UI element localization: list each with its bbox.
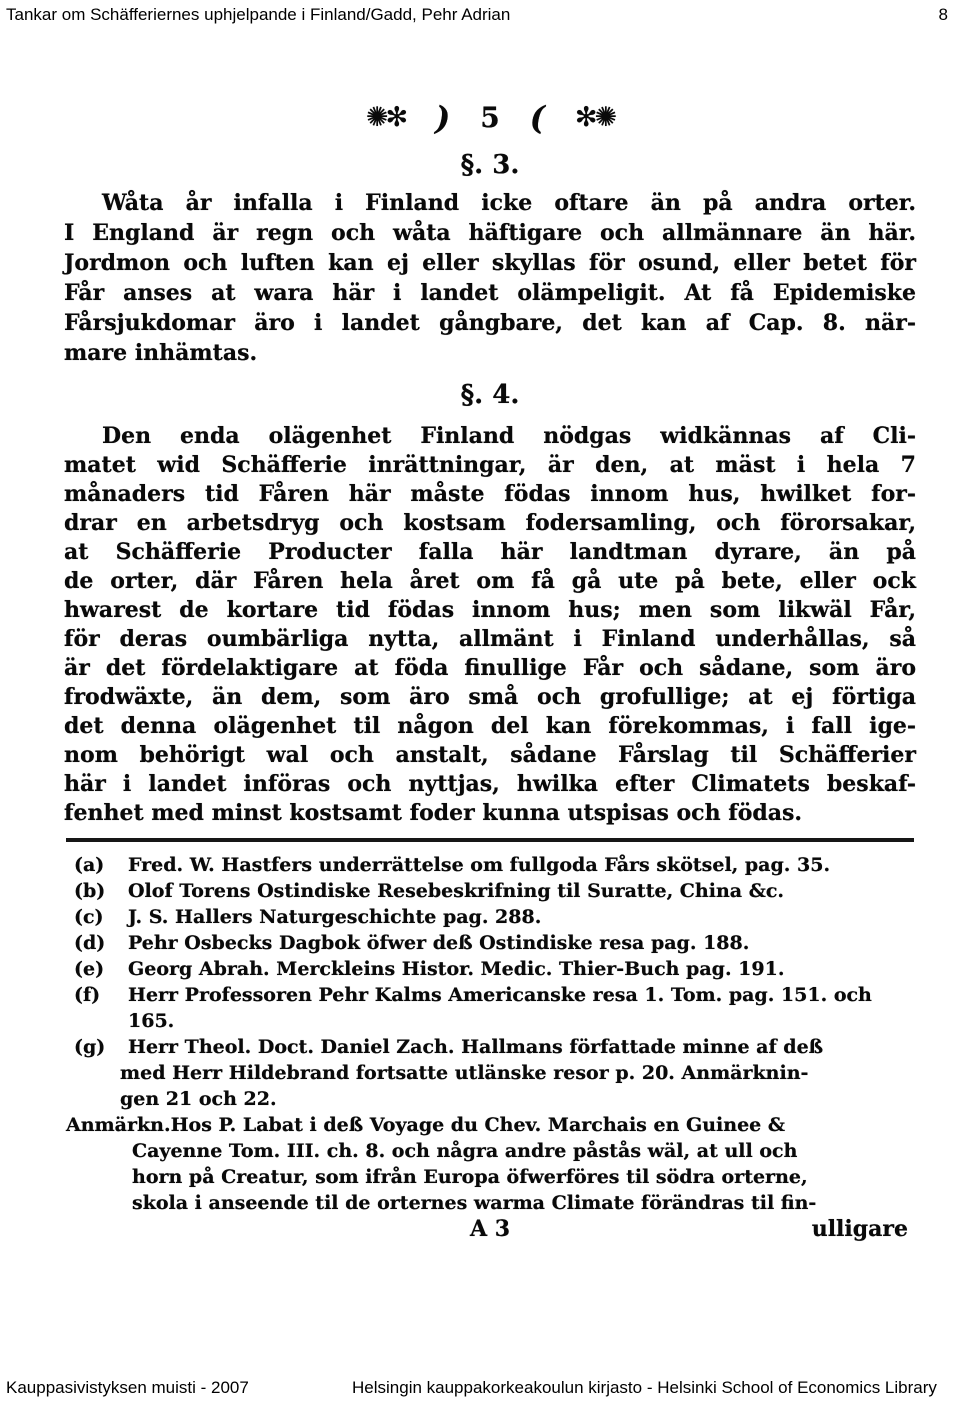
text-line: för deras oumbärliga nytta, allmänt i Fi…	[64, 625, 916, 654]
text-line: fenhet med minst kostsamt foder kunna ut…	[64, 799, 916, 828]
running-head-open-paren: )	[435, 98, 450, 138]
remark-continuation: horn på Creatur, som ifrån Europa öfwerf…	[64, 1164, 916, 1190]
viewer-footer: Kauppasivistyksen muisti - 2007 Helsingi…	[0, 1378, 960, 1404]
section-3-paragraph: Wåta år infalla i Finland icke oftare än…	[64, 188, 916, 368]
printer-ornament-icon: ✻✺	[575, 98, 614, 138]
text-line: frodwäxte, än dem, som äro små och grofu…	[64, 683, 916, 712]
footnote-text: Herr Theol. Doct. Daniel Zach. Hallmans …	[128, 1034, 916, 1060]
footnote-text: Herr Professoren Pehr Kalms Americanske …	[128, 982, 916, 1034]
footnote-text: Olof Torens Ostindiske Resebeskrifning t…	[128, 878, 916, 904]
text-line: är det fördelaktigare at föda finullige …	[64, 654, 916, 683]
text-line: månaders tid Fåren här måste födas innom…	[64, 480, 916, 509]
text-line: Jordmon och luften kan ej eller skyllas …	[64, 248, 916, 278]
footnote-divider	[66, 838, 914, 842]
scanned-page: ✺✻ ) 5 ( ✻✺ §. 3. Wåta år infalla i Finl…	[64, 98, 916, 1242]
footnote-label: (b)	[64, 878, 128, 904]
document-viewer-page: Tankar om Schäfferiernes uphjelpande i F…	[0, 0, 960, 1413]
footer-collection-name: Kauppasivistyksen muisti - 2007	[6, 1378, 249, 1398]
section-3-heading: §. 3.	[64, 150, 916, 180]
viewer-page-number: 8	[939, 4, 948, 26]
text-line: nom behörigt wal och anstalt, sådane Får…	[64, 741, 916, 770]
signature-mark: A 3	[470, 1216, 510, 1242]
catchword: ulligare	[812, 1216, 908, 1242]
footnote-text: Pehr Osbecks Dagbok öfwer deß Ostindiske…	[128, 930, 916, 956]
text-line: I England är regn och wåta häftigare och…	[64, 218, 916, 248]
text-line: de orter, där Fåren hela året om få gå u…	[64, 567, 916, 596]
text-line: Den enda olägenhet Finland nödgas widkän…	[64, 422, 916, 451]
footnote-c: (c) J. S. Hallers Naturgeschichte pag. 2…	[64, 904, 916, 930]
footnote-g-continuation: med Herr Hildebrand fortsatte utlänske r…	[64, 1060, 916, 1086]
text-line: här i landet införas och nyttjas, hwilka…	[64, 770, 916, 799]
footnote-label: (e)	[64, 956, 128, 982]
book-page-number: 5	[480, 98, 499, 138]
text-line: mare inhämtas.	[64, 338, 916, 368]
running-head: ✺✻ ) 5 ( ✻✺	[64, 98, 916, 138]
footer-library-name: Helsingin kauppakorkeakoulun kirjasto - …	[352, 1378, 937, 1398]
footnote-label: (g)	[64, 1034, 128, 1060]
text-line: at Schäfferie Producter falla här landtm…	[64, 538, 916, 567]
remark-continuation: Cayenne Tom. III. ch. 8. och några andre…	[64, 1138, 916, 1164]
text-line: drar en arbetsdryg och kostsam fodersaml…	[64, 509, 916, 538]
signature-row: A 3 ulligare	[64, 1216, 916, 1242]
footnote-a: (a) Fred. W. Hastfers underrättelse om f…	[64, 852, 916, 878]
footnote-g-continuation: gen 21 och 22.	[64, 1086, 916, 1112]
text-line: Får anses at wara här i landet olämpelig…	[64, 278, 916, 308]
footnote-text: Fred. W. Hastfers underrättelse om fullg…	[128, 852, 916, 878]
footnote-text: Georg Abrah. Merckleins Histor. Medic. T…	[128, 956, 916, 982]
text-line: Wåta år infalla i Finland icke oftare än…	[64, 188, 916, 218]
footnote-label: (f)	[64, 982, 128, 1034]
footnotes: (a) Fred. W. Hastfers underrättelse om f…	[64, 852, 916, 1216]
footnote-g: (g) Herr Theol. Doct. Daniel Zach. Hallm…	[64, 1034, 916, 1060]
viewer-header: Tankar om Schäfferiernes uphjelpande i F…	[6, 4, 948, 26]
remark-note: Anmärkn. Hos P. Labat i deß Voyage du Ch…	[64, 1112, 916, 1138]
footnote-label: (a)	[64, 852, 128, 878]
footnote-label: (c)	[64, 904, 128, 930]
footnote-text: J. S. Hallers Naturgeschichte pag. 288.	[128, 904, 916, 930]
text-line: hwarest de kortare tid födas innom hus; …	[64, 596, 916, 625]
document-title: Tankar om Schäfferiernes uphjelpande i F…	[6, 4, 510, 26]
footnote-e: (e) Georg Abrah. Merckleins Histor. Medi…	[64, 956, 916, 982]
text-line: matet wid Schäfferie inrättningar, är de…	[64, 451, 916, 480]
text-line: Fårsjukdomar äro i landet gångbare, det …	[64, 308, 916, 338]
section-4-paragraph: Den enda olägenhet Finland nödgas widkän…	[64, 422, 916, 828]
text-line: det denna olägenhet til någon del kan fö…	[64, 712, 916, 741]
remark-label: Anmärkn.	[64, 1112, 171, 1138]
footnote-b: (b) Olof Torens Ostindiske Resebeskrifni…	[64, 878, 916, 904]
footnote-label: (d)	[64, 930, 128, 956]
running-head-close-paren: (	[530, 98, 545, 138]
footnote-d: (d) Pehr Osbecks Dagbok öfwer deß Ostind…	[64, 930, 916, 956]
remark-text: Hos P. Labat i deß Voyage du Chev. March…	[171, 1112, 916, 1138]
printer-ornament-icon: ✺✻	[366, 98, 405, 138]
remark-continuation: skola i anseende til de orternes warma C…	[64, 1190, 916, 1216]
section-4-heading: §. 4.	[64, 380, 916, 410]
footnote-f: (f) Herr Professoren Pehr Kalms American…	[64, 982, 916, 1034]
